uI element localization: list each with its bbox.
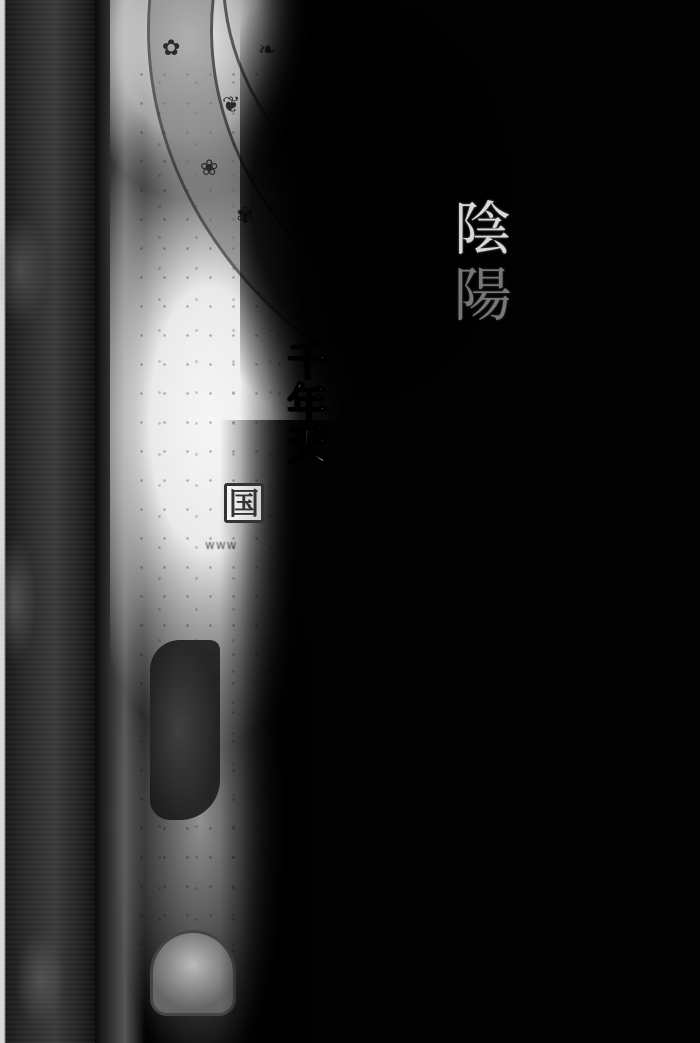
book-spine (0, 0, 100, 1043)
figure-silhouette (150, 640, 220, 820)
watermark-text: 千年天 (284, 340, 324, 466)
flower-ornament-icon: ❀ (200, 158, 218, 180)
book-cover: ✿ ❀ ❦ ❧ ✾ ❦ 陰陽 千年天 国 www (0, 0, 700, 1043)
dark-lower-overlay (220, 420, 700, 1043)
title-char-2: 陽 (432, 264, 522, 330)
watermark-caption: www (205, 538, 237, 552)
title-char-1: 陰 (444, 198, 512, 264)
leaf-ornament-icon: ❦ (222, 95, 240, 117)
cover-title: 陰陽 (432, 198, 522, 330)
flower-ornament-icon: ✿ (162, 38, 180, 60)
watermark-logo: 国 (224, 483, 264, 523)
